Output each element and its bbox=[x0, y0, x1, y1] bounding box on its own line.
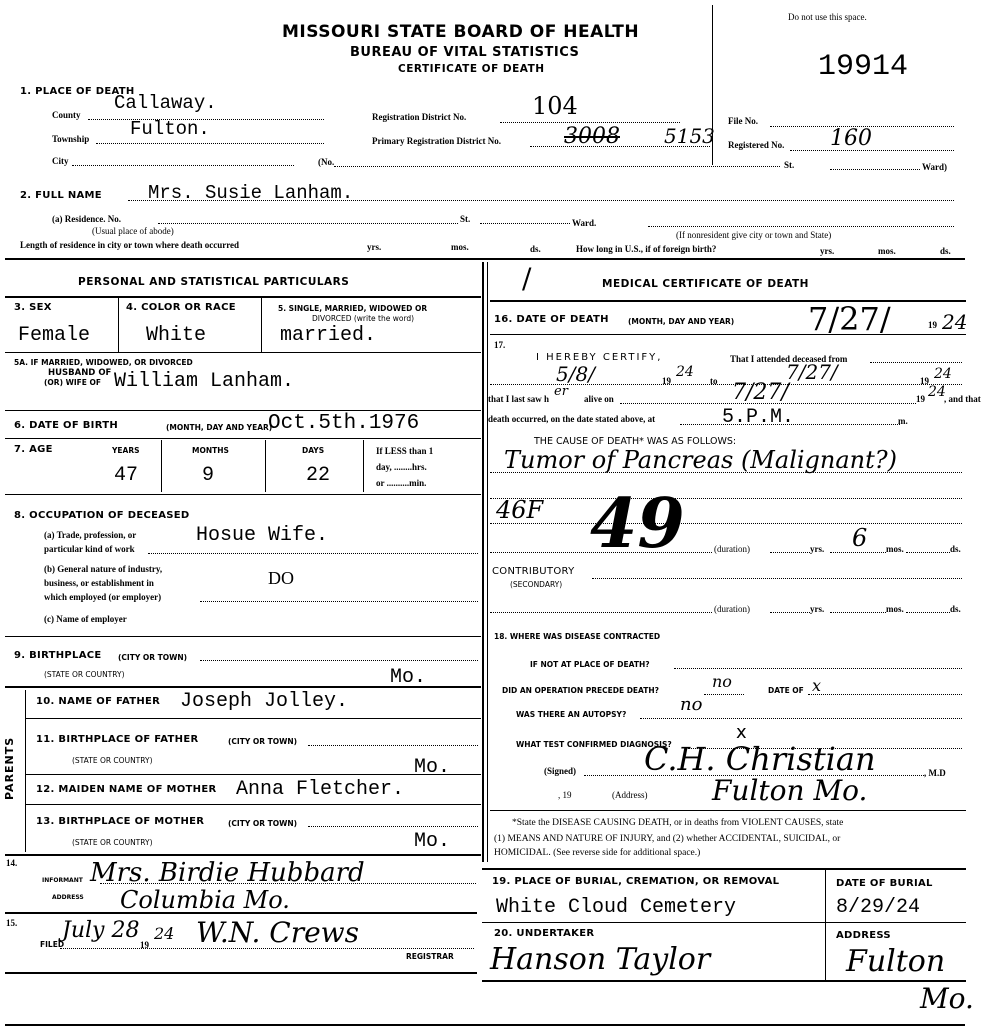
residence-st-label: St. bbox=[460, 214, 470, 224]
alive-on-label: alive on bbox=[584, 394, 614, 404]
undertaker-address: Fulton bbox=[846, 944, 945, 979]
employer-label: (c) Name of employer bbox=[44, 614, 127, 624]
less-than-1-label: If LESS than 1 bbox=[376, 446, 433, 456]
registered-no-value: 160 bbox=[830, 126, 872, 151]
medical-section-title: MEDICAL CERTIFICATE OF DEATH bbox=[602, 278, 809, 290]
race-label: 4. COLOR OR RACE bbox=[126, 302, 236, 313]
physician-signature: C.H. Christian bbox=[644, 740, 876, 778]
dob-label: 6. DATE OF BIRTH bbox=[14, 420, 118, 431]
trade-label-2: particular kind of work bbox=[44, 544, 135, 554]
father-label: 10. NAME OF FATHER bbox=[36, 696, 160, 707]
residence-ward-label: Ward. bbox=[572, 218, 596, 228]
and-that-label: , and that bbox=[944, 394, 981, 404]
marital-value: married. bbox=[280, 324, 376, 347]
age-label: 7. AGE bbox=[14, 444, 53, 455]
footnote-line-2: (1) MEANS AND NATURE OF INJURY, and (2) … bbox=[494, 834, 840, 844]
death-year: 24 bbox=[942, 310, 967, 334]
attended-from-19: 19 bbox=[662, 376, 671, 386]
months-value: 9 bbox=[202, 464, 214, 487]
st-label: St. bbox=[784, 160, 794, 170]
years-value: 47 bbox=[114, 464, 138, 487]
informant-address: Columbia Mo. bbox=[120, 886, 290, 914]
mother-label: 12. MAIDEN NAME OF MOTHER bbox=[36, 784, 216, 795]
county-value: Callaway. bbox=[114, 92, 217, 114]
secondary-label: (SECONDARY) bbox=[510, 580, 562, 589]
or-min-label: or ..........min. bbox=[376, 478, 426, 488]
personal-section-title: PERSONAL AND STATISTICAL PARTICULARS bbox=[78, 276, 349, 288]
spouse-label: 5A. IF MARRIED, WIDOWED, OR DIVORCED bbox=[14, 358, 193, 367]
birthplace-state-label: (STATE OR COUNTRY) bbox=[44, 670, 125, 679]
stray-mark: / bbox=[522, 262, 531, 295]
parents-side-label: PARENTS bbox=[3, 737, 16, 800]
operation-value: no bbox=[712, 672, 732, 691]
length-residence-label: Length of residence in city or town wher… bbox=[20, 240, 239, 250]
filed-number: 15. bbox=[6, 918, 17, 928]
last-saw-label: that I last saw h bbox=[488, 394, 549, 404]
registration-district-value: 104 bbox=[532, 92, 578, 120]
burial-date-label: DATE OF BURIAL bbox=[836, 878, 933, 889]
foreign-yrs: yrs. bbox=[820, 246, 834, 256]
full-name-value: Mrs. Susie Lanham. bbox=[148, 182, 353, 204]
registered-no-label: Registered No. bbox=[728, 140, 784, 150]
industry-label: (b) General nature of industry, bbox=[44, 564, 162, 574]
foreign-ds: ds. bbox=[940, 246, 951, 256]
contributory-label: CONTRIBUTORY bbox=[492, 566, 575, 577]
primary-registration-value: 5153 bbox=[664, 124, 715, 148]
do-not-use-note: Do not use this space. bbox=[788, 12, 867, 22]
last-saw-her: er bbox=[554, 384, 568, 399]
undertaker-address-label: ADDRESS bbox=[836, 930, 891, 941]
race-value: White bbox=[146, 324, 206, 347]
days-label: DAYS bbox=[302, 446, 324, 455]
certificate-title: CERTIFICATE OF DEATH bbox=[398, 63, 545, 75]
autopsy-value: no bbox=[680, 694, 702, 715]
city-label: City bbox=[52, 156, 69, 166]
m-label: m. bbox=[898, 416, 908, 426]
months-label: MONTHS bbox=[192, 446, 229, 455]
filed-date: July 28 bbox=[62, 918, 139, 943]
last-saw-value: 7/27/ bbox=[732, 380, 789, 405]
birthplace-label: 9. BIRTHPLACE bbox=[14, 650, 102, 661]
industry-value: DO bbox=[268, 568, 294, 589]
mother-birthplace-city: (CITY OR TOWN) bbox=[228, 819, 297, 828]
footnote-line-3: HOMICIDAL. (See reverse side for additio… bbox=[494, 848, 700, 858]
length-yrs: yrs. bbox=[367, 242, 381, 252]
township-value: Fulton. bbox=[130, 118, 210, 140]
date-of-value: x bbox=[812, 676, 821, 695]
no-label: (No. bbox=[318, 157, 334, 167]
margin-number: 49 bbox=[590, 490, 685, 558]
filed-year-prefix: 19 bbox=[140, 940, 149, 950]
father-birthplace-city: (CITY OR TOWN) bbox=[228, 737, 297, 746]
duration-yrs-2: yrs. bbox=[810, 604, 824, 614]
trade-value: Hosue Wife. bbox=[196, 524, 328, 547]
primary-registration-struck: 3008 bbox=[564, 124, 620, 149]
informant-number: 14. bbox=[6, 858, 17, 868]
death-year-prefix: 19 bbox=[928, 320, 937, 330]
father-birthplace-state-label: (STATE OR COUNTRY) bbox=[72, 756, 153, 765]
file-no-label: File No. bbox=[728, 116, 758, 126]
usual-abode-note: (Usual place of abode) bbox=[92, 226, 174, 236]
autopsy-label: WAS THERE AN AUTOPSY? bbox=[516, 710, 626, 719]
registrar-signature: W.N. Crews bbox=[196, 916, 359, 949]
mother-birthplace-state-label: (STATE OR COUNTRY) bbox=[72, 838, 153, 847]
industry-label-2: business, or establishment in bbox=[44, 578, 154, 588]
day-hrs-label: day, ........hrs. bbox=[376, 462, 427, 472]
margin-note: 46F bbox=[496, 496, 543, 524]
length-mos: mos. bbox=[451, 242, 469, 252]
days-value: 22 bbox=[306, 464, 330, 487]
duration-label-1: (duration) bbox=[714, 544, 750, 554]
duration-mos-1: mos. bbox=[886, 544, 904, 554]
dob-value: Oct.5th.1976 bbox=[268, 412, 419, 435]
informant-signature: Mrs. Birdie Hubbard bbox=[90, 858, 365, 888]
mother-birthplace-label: 13. BIRTHPLACE OF MOTHER bbox=[36, 816, 204, 827]
nonresident-note: (If nonresident give city or town and St… bbox=[676, 230, 831, 240]
date-of-death-value: 7/27/ bbox=[808, 300, 891, 338]
father-birthplace-label: 11. BIRTHPLACE OF FATHER bbox=[36, 734, 198, 745]
burial-place-value: White Cloud Cemetery bbox=[496, 896, 736, 919]
operation-label: DID AN OPERATION PRECEDE DEATH? bbox=[502, 686, 659, 695]
primary-registration-label: Primary Registration District No. bbox=[372, 136, 501, 146]
physician-address: Fulton Mo. bbox=[712, 774, 867, 807]
last-saw-19: 19 bbox=[916, 394, 925, 404]
trade-label: (a) Trade, profession, or bbox=[44, 530, 136, 540]
cause-of-death: Tumor of Pancreas (Malignant?) bbox=[504, 446, 897, 474]
md-label: , M.D bbox=[924, 768, 946, 778]
years-label: YEARS bbox=[112, 446, 140, 455]
not-at-place-label: IF NOT AT PLACE OF DEATH? bbox=[530, 660, 650, 669]
dob-sub-label: (MONTH, DAY AND YEAR) bbox=[166, 423, 272, 432]
sex-value: Female bbox=[18, 324, 90, 347]
marital-label: 5. SINGLE, MARRIED, WIDOWED OR bbox=[278, 304, 427, 313]
duration-yrs-1: yrs. bbox=[810, 544, 824, 554]
time-of-death: 5.P.M. bbox=[722, 406, 794, 429]
undertaker-address-state: Mo. bbox=[920, 982, 974, 1015]
birthplace-sub: (CITY OR TOWN) bbox=[118, 653, 187, 662]
foreign-mos: mos. bbox=[878, 246, 896, 256]
spouse-label-husband: HUSBAND OF bbox=[48, 368, 111, 378]
father-value: Joseph Jolley. bbox=[180, 690, 348, 713]
attended-to-value: 7/27/ bbox=[786, 360, 838, 384]
father-birthplace-value: Mo. bbox=[414, 756, 450, 779]
foreign-birth-label: How long in U.S., if of foreign birth? bbox=[576, 244, 716, 254]
spouse-label-wife: (OR) WIFE OF bbox=[44, 378, 101, 387]
informant-label: INFORMANT bbox=[42, 877, 83, 884]
date-of-death-label: 16. DATE OF DEATH bbox=[494, 314, 609, 325]
burial-date-value: 8/29/24 bbox=[836, 896, 920, 919]
undertaker-signature: Hanson Taylor bbox=[490, 942, 710, 977]
mother-birthplace-value: Mo. bbox=[414, 830, 450, 853]
length-ds: ds. bbox=[530, 244, 541, 254]
column-divider bbox=[482, 262, 484, 862]
occupation-label: 8. OCCUPATION OF DECEASED bbox=[14, 510, 190, 521]
informant-address-label: ADDRESS bbox=[52, 894, 84, 901]
date-of-label: DATE OF bbox=[768, 686, 804, 695]
to-label: to bbox=[710, 376, 718, 386]
filed-year: 24 bbox=[154, 924, 174, 943]
contracted-label: 18. WHERE WAS DISEASE CONTRACTED bbox=[494, 632, 660, 641]
sex-label: 3. SEX bbox=[14, 302, 52, 313]
duration-label-2: (duration) bbox=[714, 604, 750, 614]
undertaker-label: 20. UNDERTAKER bbox=[494, 928, 594, 939]
duration-ds-2: ds. bbox=[950, 604, 961, 614]
duration-mos-2: mos. bbox=[886, 604, 904, 614]
industry-label-3: which employed (or employer) bbox=[44, 592, 161, 602]
attended-from-value: 5/8/ bbox=[556, 362, 595, 386]
bureau-title: BUREAU OF VITAL STATISTICS bbox=[350, 45, 579, 60]
address-label: (Address) bbox=[612, 790, 648, 800]
duration-mos-value: 6 bbox=[852, 524, 867, 552]
form-title: MISSOURI STATE BOARD OF HEALTH bbox=[282, 22, 639, 42]
registration-district-label: Registration District No. bbox=[372, 112, 466, 122]
footnote-line-1: *State the DISEASE CAUSING DEATH, or in … bbox=[512, 818, 843, 828]
date-19-label: , 19 bbox=[558, 790, 572, 800]
burial-place-label: 19. PLACE OF BURIAL, CREMATION, OR REMOV… bbox=[492, 876, 779, 887]
township-label: Township bbox=[52, 134, 89, 144]
mother-value: Anna Fletcher. bbox=[236, 778, 404, 801]
registrar-label: REGISTRAR bbox=[406, 952, 454, 961]
certify-text: I HEREBY CERTIFY, bbox=[536, 352, 662, 363]
signed-label: (Signed) bbox=[544, 766, 576, 776]
spouse-value: William Lanham. bbox=[114, 370, 294, 393]
residence-label: (a) Residence. No. bbox=[52, 214, 121, 224]
death-occurred-label: death occurred, on the date stated above… bbox=[488, 414, 655, 424]
full-name-label: 2. FULL NAME bbox=[20, 190, 102, 201]
certificate-number: 19914 bbox=[818, 50, 908, 84]
attended-to-year: 24 bbox=[934, 366, 952, 382]
date-of-death-sub: (MONTH, DAY AND YEAR) bbox=[628, 317, 734, 326]
county-label: County bbox=[52, 110, 81, 120]
attended-from-year: 24 bbox=[676, 364, 694, 380]
marital-label-sub: DIVORCED (write the word) bbox=[312, 314, 414, 323]
duration-ds-1: ds. bbox=[950, 544, 961, 554]
ward-label: Ward) bbox=[922, 162, 947, 172]
item-17: 17. bbox=[494, 340, 505, 350]
